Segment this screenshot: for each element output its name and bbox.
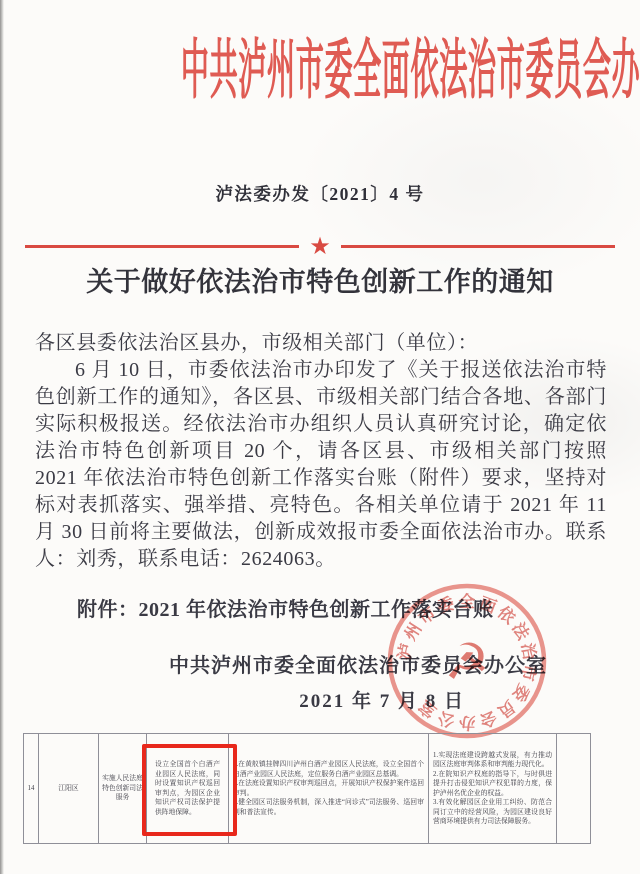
red-divider-rule: ★ [25,234,615,258]
document-number: 泸法委办发〔2021〕4 号 [0,182,640,206]
document-scan: 中共泸州市委全面依法治市委员会办公室文件 泸法委办发〔2021〕4 号 ★ 关于… [0,0,640,874]
hammer-sickle-icon: ☭ [445,633,490,691]
cell-row-number: 14 [24,734,39,844]
salutation-line: 各区县委依法治区县办，市级相关部门（单位）： [35,330,607,357]
red-highlight-box [142,744,237,836]
cell-measures: 1.在黄舣镇挂牌四川泸州白酒产业园区人民法庭，设立全国首个白酒产业园区人民法庭，… [229,734,429,844]
divider-line-right [341,245,615,248]
divider-line-left [25,245,299,248]
red-header-org-name: 中共泸州市委全面依法治市委员会办公室文件 [181,21,459,121]
document-body: 各区县委依法治区县办，市级相关部门（单位）： 6 月 10 日，市委依法治市办印… [35,330,607,573]
table-row: 14 江阳区 实施人民法庭特色创新司法服务 设立全国首个白酒产业园区人民法庭，同… [24,734,591,844]
scan-edge-shadow [0,0,4,874]
document-title: 关于做好依法治市特色创新工作的通知 [0,264,640,300]
cell-project-name: 实施人民法庭特色创新司法服务 [99,734,147,844]
cell-results: 1.实现法庭建设跨越式发展，有力推动园区法庭审判体系和审判能力现代化。 2.在院… [429,734,557,844]
official-red-seal: 泸州市委全面依法治市委员会办公室 ☭ [382,582,552,744]
cell-district: 江阳区 [39,734,99,844]
cell-empty [557,734,591,844]
star-icon: ★ [299,234,341,258]
attachment-ledger-table: 14 江阳区 实施人民法庭特色创新司法服务 设立全国首个白酒产业园区人民法庭，同… [23,733,591,844]
body-paragraph: 6 月 10 日，市委依法治市办印发了《关于报送依法治市特色创新工作的通知》，各… [35,357,607,573]
